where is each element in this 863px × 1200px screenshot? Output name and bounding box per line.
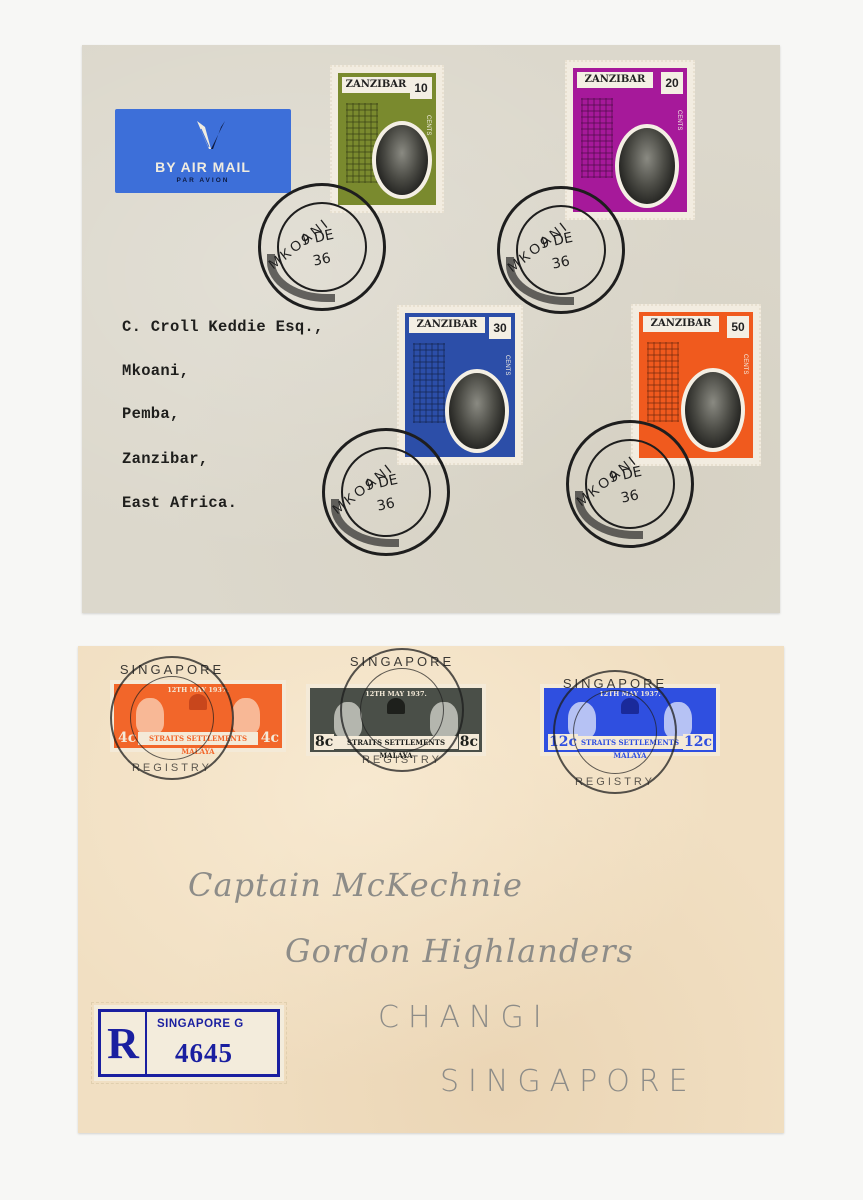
registration-number: 4645 [175,1038,233,1069]
handwritten-district: CHANGI [378,1000,551,1035]
handwritten-name: Captain McKechnie [188,866,523,904]
address-line-territory: Zanzibar, [122,450,208,468]
postmark-singapore-registry: SINGAPORE REGISTRY [553,670,677,794]
wings-icon [195,119,227,153]
address-line-island: Pemba, [122,405,180,423]
par-avion-text: PAR AVION [115,177,291,184]
address-line-region: East Africa. [122,494,237,512]
postmark-mkoani: MKOANI 9 DE 36 [566,420,694,548]
sultan-portrait [615,124,679,208]
postmark-mkoani: MKOANI 9 DE 36 [497,186,625,314]
sultan-portrait [372,121,432,199]
registration-office: SINGAPORE G [157,1018,244,1030]
airmail-label: BY AIR MAIL PAR AVION [115,109,291,193]
postmark-singapore-registry: SINGAPORE REGISTRY [340,648,464,772]
address-line-town: Mkoani, [122,362,189,380]
postmark-singapore-registry: SINGAPORE REGISTRY [110,656,234,780]
sultan-portrait [681,368,745,452]
registration-label: R SINGAPORE G 4645 [94,1005,284,1081]
registered-r: R [101,1012,147,1074]
handwritten-city: SINGAPORE [440,1064,697,1099]
sultan-portrait [445,369,509,453]
airmail-text: BY AIR MAIL [115,159,291,175]
handwritten-regiment: Gordon Highlanders [285,932,634,970]
postmark-mkoani: MKOANI 9 DE 36 [322,428,450,556]
address-line-name: C. Croll Keddie Esq., [122,318,324,336]
postmark-mkoani: MKOANI 9 DE 36 [258,183,386,311]
